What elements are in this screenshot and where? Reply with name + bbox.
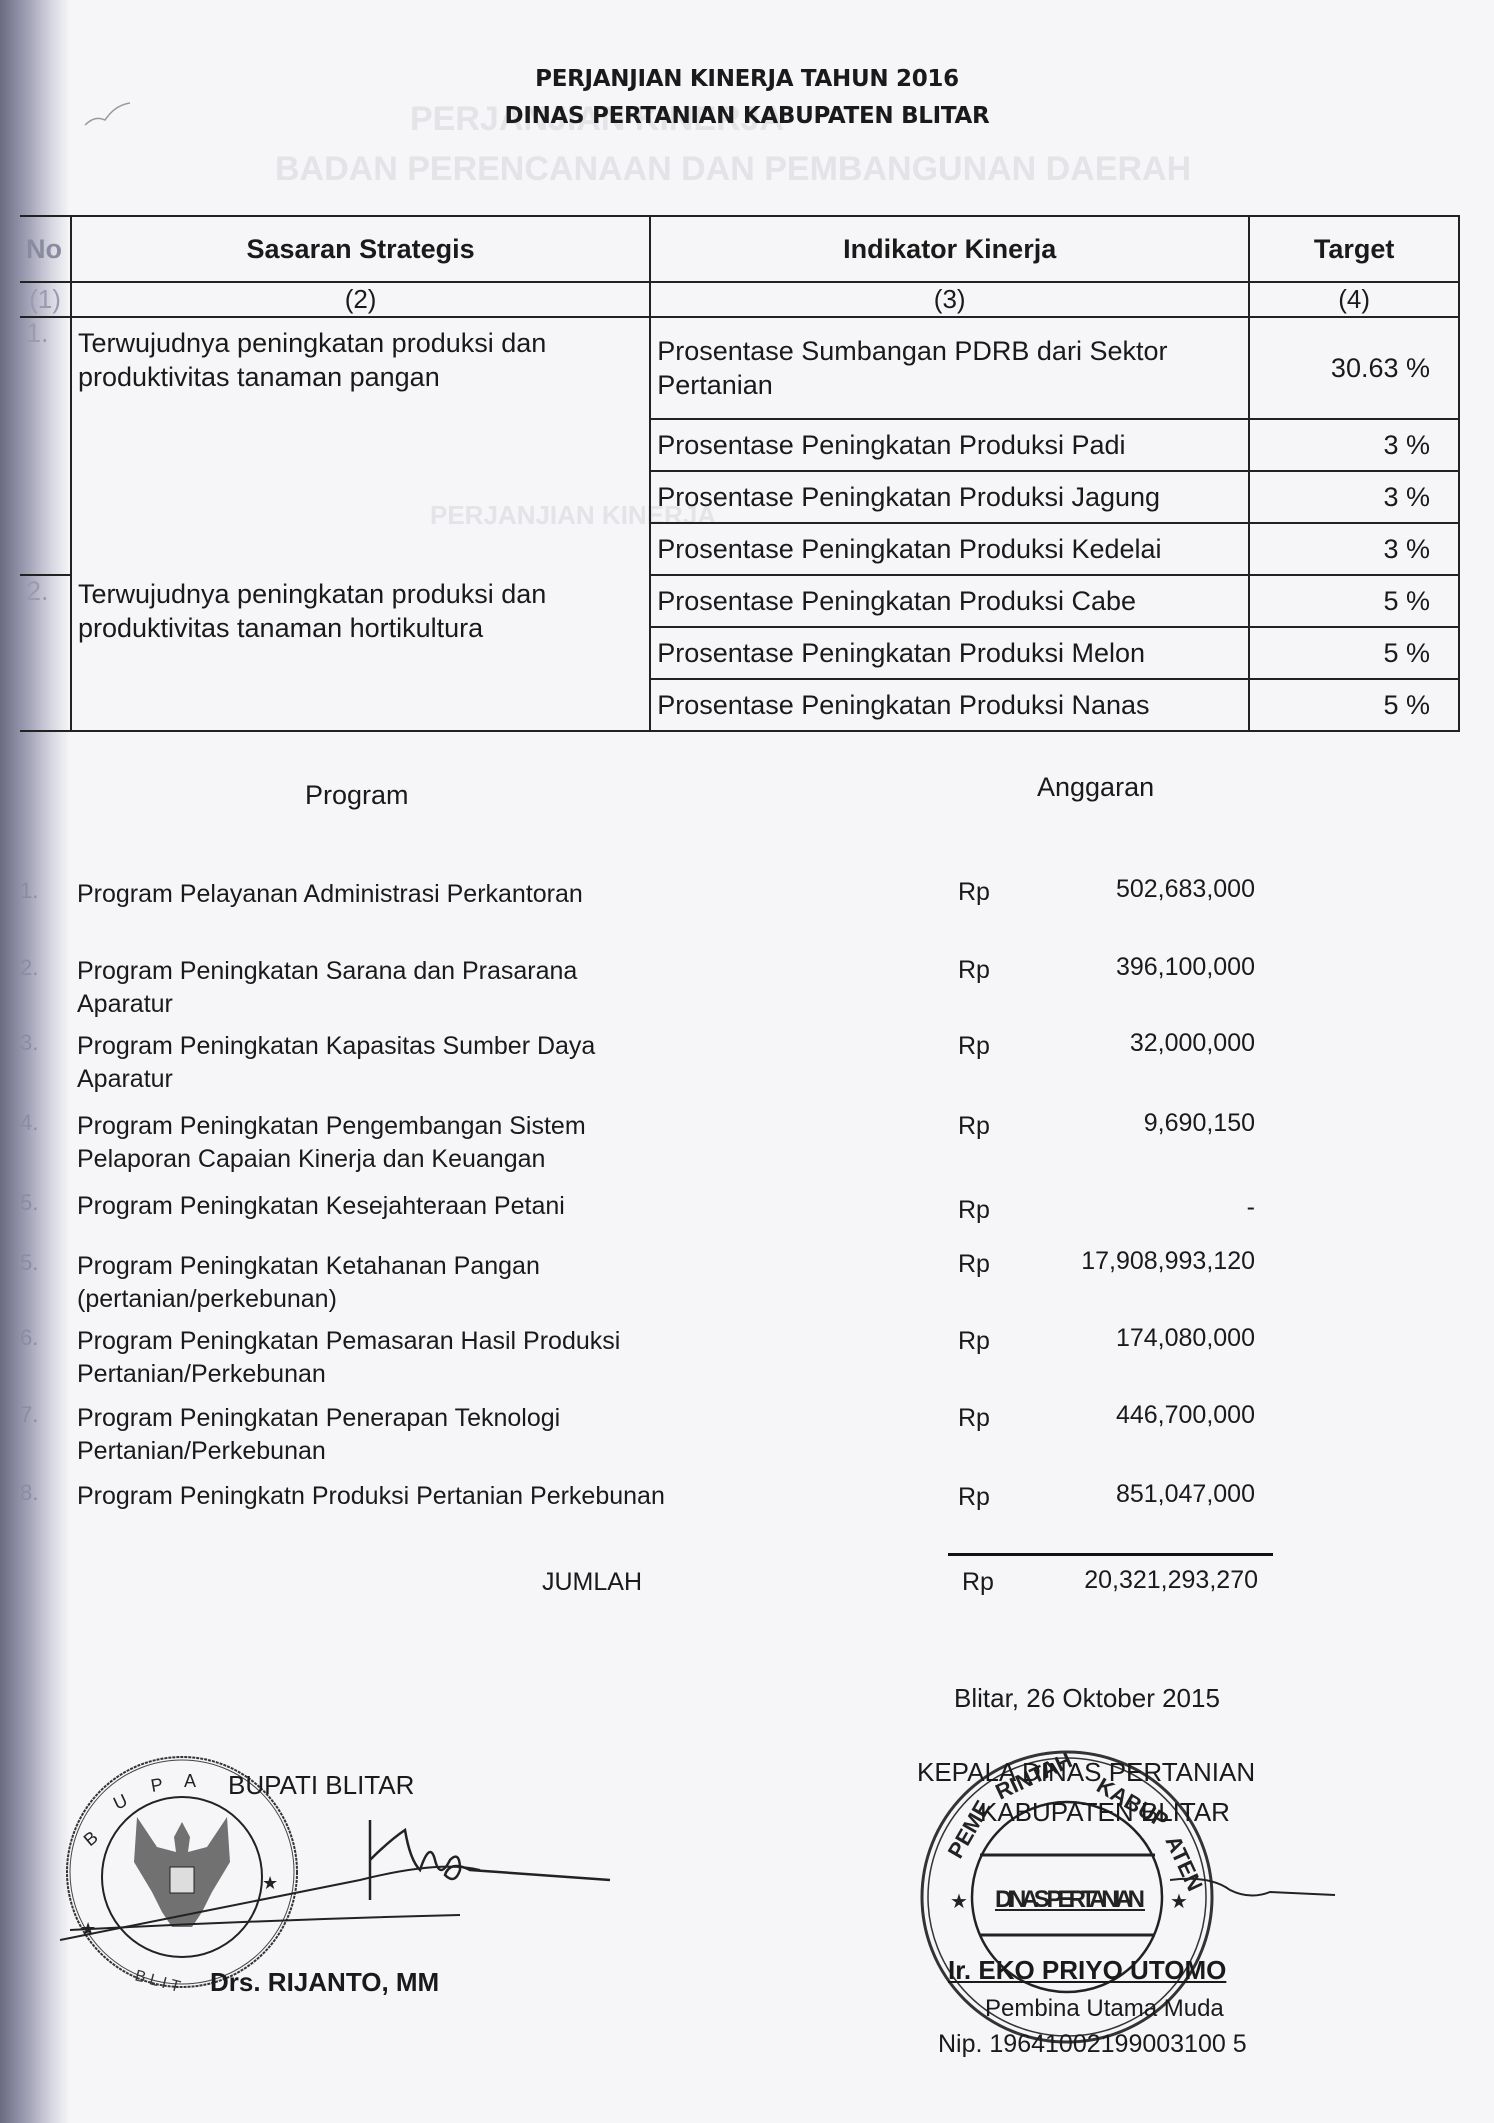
program-currency: Rp bbox=[958, 1250, 990, 1279]
program-amount: 446,700,000 bbox=[1000, 1401, 1255, 1430]
target-cell: 5 % bbox=[1249, 627, 1459, 679]
program-name: Program Peningkatan Sarana dan Prasarana… bbox=[77, 955, 677, 1021]
indicator-cell: Prosentase Peningkatan Produksi Cabe bbox=[650, 575, 1249, 627]
program-number: 7. bbox=[20, 1402, 38, 1428]
program-amount: 396,100,000 bbox=[1000, 953, 1255, 982]
svg-text:DINAS PERTANIAN: DINAS PERTANIAN bbox=[995, 1886, 1145, 1913]
column-number: (2) bbox=[71, 282, 650, 317]
program-amount: 851,047,000 bbox=[1000, 1480, 1255, 1509]
kepala-dinas-signature-icon bbox=[1170, 1870, 1340, 1910]
header-sasaran: Sasaran Strategis bbox=[71, 216, 650, 282]
program-number: 6. bbox=[20, 1325, 38, 1351]
program-name: Program Peningkatan Pengembangan Sistem … bbox=[77, 1110, 677, 1176]
program-currency: Rp bbox=[958, 878, 990, 907]
column-number-row: (1) (2) (3) (4) bbox=[20, 282, 1459, 317]
target-cell: 3 % bbox=[1249, 523, 1459, 575]
svg-text:B L I T: B L I T bbox=[133, 1967, 182, 1992]
program-number: 5. bbox=[20, 1190, 38, 1216]
program-amount: 502,683,000 bbox=[1000, 875, 1255, 904]
table-row: 1. Terwujudnya peningkatan produksi dan … bbox=[20, 317, 1459, 419]
table-header-row: No Sasaran Strategis Indikator Kinerja T… bbox=[20, 216, 1459, 282]
svg-text:★: ★ bbox=[950, 1891, 968, 1913]
kepala-dinas-subtitle: KABUPATEN BLITAR bbox=[980, 1797, 1230, 1828]
program-currency: Rp bbox=[958, 1327, 990, 1356]
header-no: No bbox=[20, 216, 71, 282]
column-number: (4) bbox=[1249, 282, 1459, 317]
program-number: 4. bbox=[20, 1110, 38, 1136]
program-name: Program Pelayanan Administrasi Perkantor… bbox=[77, 878, 677, 911]
target-cell: 3 % bbox=[1249, 419, 1459, 471]
target-cell: 3 % bbox=[1249, 471, 1459, 523]
svg-text:B: B bbox=[80, 1827, 102, 1850]
header-target: Target bbox=[1249, 216, 1459, 282]
bupati-name: Drs. RIJANTO, MM bbox=[210, 1967, 439, 1998]
indicator-cell: Prosentase Peningkatan Produksi Nanas bbox=[650, 679, 1249, 731]
header-indikator: Indikator Kinerja bbox=[650, 216, 1249, 282]
program-currency: Rp bbox=[958, 1032, 990, 1061]
program-name: Program Peningkatan Pemasaran Hasil Prod… bbox=[77, 1325, 677, 1391]
program-amount: 32,000,000 bbox=[1000, 1029, 1255, 1058]
svg-text:U: U bbox=[110, 1790, 130, 1814]
kepala-dinas-rank: Pembina Utama Muda bbox=[985, 1995, 1224, 2023]
table-row: 2. Terwujudnya peningkatan produksi dan … bbox=[20, 575, 1459, 627]
total-label: JUMLAH bbox=[542, 1568, 642, 1597]
bupati-title: BUPATI BLITAR bbox=[228, 1770, 414, 1801]
svg-text:★: ★ bbox=[262, 1873, 278, 1893]
program-currency: Rp bbox=[958, 1196, 990, 1225]
bleed-through-text: BADAN PERENCANAAN DAN PEMBANGUNAN DAERAH bbox=[275, 150, 1191, 189]
svg-text:ATEN: ATEN bbox=[1160, 1832, 1207, 1895]
kepala-dinas-name: Ir. EKO PRIYO UTOMO bbox=[948, 1955, 1226, 1986]
program-currency: Rp bbox=[958, 1404, 990, 1433]
indicator-cell: Prosentase Sumbangan PDRB dari Sektor Pe… bbox=[650, 317, 1249, 419]
row-number: 1. bbox=[20, 317, 71, 575]
kepala-dinas-title: KEPALA DINAS PERTANIAN bbox=[917, 1757, 1255, 1788]
target-cell: 30.63 % bbox=[1249, 317, 1459, 419]
svg-text:★: ★ bbox=[1170, 1891, 1188, 1913]
indicator-cell: Prosentase Peningkatan Produksi Kedelai bbox=[650, 523, 1249, 575]
program-column-header: Program bbox=[305, 780, 409, 811]
sasaran-cell: Terwujudnya peningkatan produksi dan pro… bbox=[71, 317, 650, 575]
program-name: Program Peningkatn Produksi Pertanian Pe… bbox=[77, 1480, 677, 1513]
performance-table: No Sasaran Strategis Indikator Kinerja T… bbox=[20, 215, 1460, 732]
program-name: Program Peningkatan Penerapan Teknologi … bbox=[77, 1402, 677, 1468]
total-amount: 20,321,293,270 bbox=[1000, 1566, 1258, 1595]
program-amount: 17,908,993,120 bbox=[1000, 1247, 1255, 1276]
sum-divider bbox=[948, 1553, 1273, 1556]
program-number: 1. bbox=[20, 878, 38, 904]
anggaran-column-header: Anggaran bbox=[1037, 772, 1154, 803]
target-cell: 5 % bbox=[1249, 679, 1459, 731]
svg-text:P: P bbox=[149, 1774, 164, 1796]
program-number: 2. bbox=[20, 955, 38, 981]
kepala-dinas-nip: Nip. 19641002199003100 5 bbox=[938, 2030, 1247, 2059]
program-amount: 174,080,000 bbox=[1000, 1324, 1255, 1353]
column-number: (3) bbox=[650, 282, 1249, 317]
row-number: 2. bbox=[20, 575, 71, 731]
program-number: 5. bbox=[20, 1250, 38, 1276]
program-name: Program Peningkatan Ketahanan Pangan (pe… bbox=[77, 1250, 677, 1316]
document-title: PERJANJIAN KINERJA TAHUN 2016 bbox=[0, 66, 1494, 92]
program-currency: Rp bbox=[958, 956, 990, 985]
column-number: (1) bbox=[20, 282, 71, 317]
sasaran-cell: Terwujudnya peningkatan produksi dan pro… bbox=[71, 575, 650, 731]
indicator-cell: Prosentase Peningkatan Produksi Melon bbox=[650, 627, 1249, 679]
svg-text:A: A bbox=[184, 1771, 196, 1791]
program-amount: 9,690,150 bbox=[1000, 1109, 1255, 1138]
indicator-cell: Prosentase Peningkatan Produksi Jagung bbox=[650, 471, 1249, 523]
program-currency: Rp bbox=[958, 1112, 990, 1141]
place-date: Blitar, 26 Oktober 2015 bbox=[954, 1683, 1220, 1714]
program-name: Program Peningkatan Kesejahteraan Petani bbox=[77, 1190, 677, 1223]
indicator-cell: Prosentase Peningkatan Produksi Padi bbox=[650, 419, 1249, 471]
program-name: Program Peningkatan Kapasitas Sumber Day… bbox=[77, 1030, 677, 1096]
program-currency: Rp bbox=[958, 1483, 990, 1512]
program-number: 3. bbox=[20, 1030, 38, 1056]
program-number: 8. bbox=[20, 1480, 38, 1506]
svg-text:★: ★ bbox=[80, 1919, 96, 1939]
document-subtitle: DINAS PERTANIAN KABUPATEN BLITAR bbox=[0, 103, 1494, 129]
target-cell: 5 % bbox=[1249, 575, 1459, 627]
program-amount: - bbox=[1000, 1193, 1255, 1222]
bupati-signature-icon bbox=[60, 1800, 630, 1960]
total-currency: Rp bbox=[962, 1568, 994, 1597]
